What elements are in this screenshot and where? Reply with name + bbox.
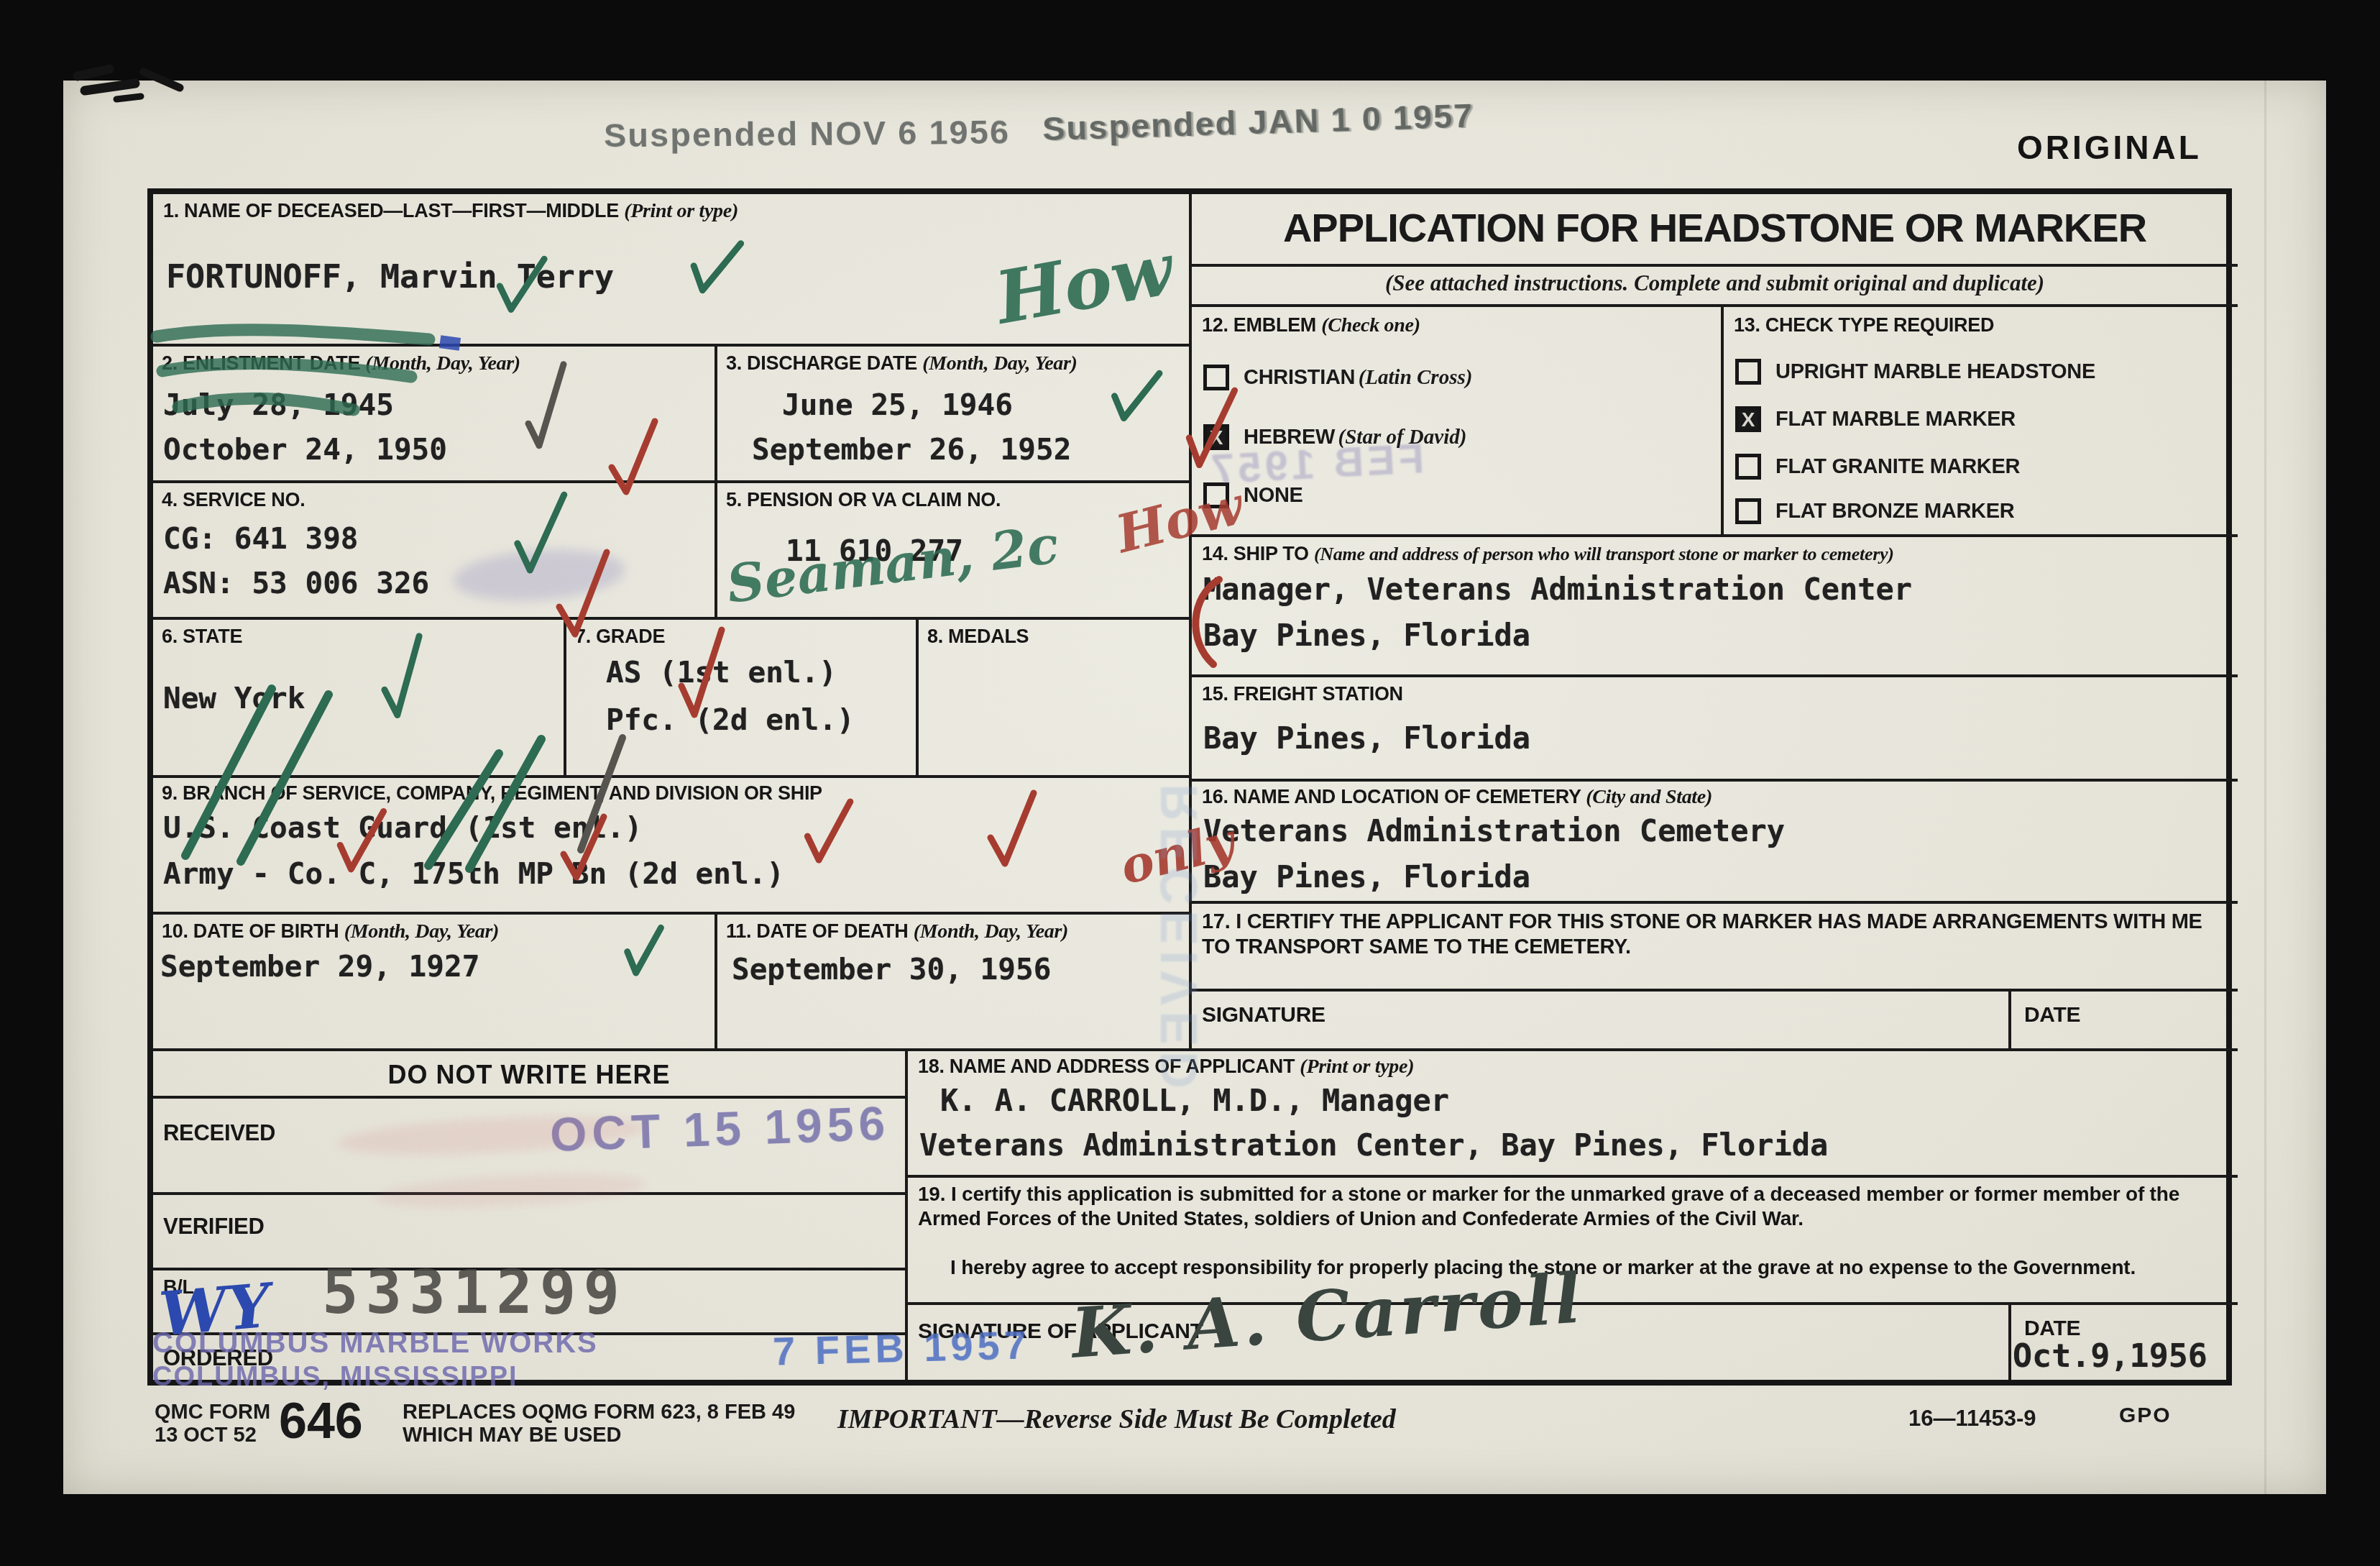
form-id-block: QMC FORM 13 OCT 52	[155, 1401, 270, 1447]
checkbox-upright-marble	[1735, 359, 1761, 385]
checkbox-flat-granite	[1735, 454, 1761, 480]
option-label: CHRISTIAN	[1244, 366, 1355, 389]
box6-label: 6. STATE	[162, 626, 242, 648]
type-option-flat-granite: FLAT GRANITE MARKER	[1735, 454, 2020, 480]
box13-label: 13. CHECK TYPE REQUIRED	[1734, 314, 1994, 336]
service-no-line1: CG: 641 398	[163, 516, 359, 561]
form-number: 646	[279, 1392, 363, 1450]
applicant-date-cell: DATE Oct.9,1956	[2011, 1305, 2238, 1380]
box-ship-to: 14. SHIP TO (Name and address of person …	[1192, 537, 2238, 677]
red-check-mark	[677, 624, 727, 721]
transport-signature-label: SIGNATURE	[1202, 1003, 1325, 1027]
received-label: RECEIVED	[163, 1120, 275, 1146]
type-option-upright-marble: UPRIGHT MARBLE HEADSTONE	[1735, 359, 2095, 385]
paper-fold-line	[2264, 81, 2266, 1494]
bleed-through-received-stamp: RECEIVED	[1150, 784, 1209, 1094]
box18-label-note: (Print or type)	[1300, 1056, 1414, 1078]
form-subtitle: (See attached instructions. Complete and…	[1192, 270, 2238, 296]
red-pen-arc	[1185, 575, 1235, 669]
freight-station-value: Bay Pines, Florida	[1203, 720, 1530, 756]
red-check-mark	[334, 802, 390, 878]
box4-label: 4. SERVICE NO.	[162, 489, 305, 511]
box-freight-station: 15. FREIGHT STATION Bay Pines, Florida	[1192, 677, 2238, 782]
form-id-line1: QMC FORM	[155, 1401, 270, 1424]
checkbox-flat-marble-checked: X	[1735, 406, 1761, 432]
red-check-mark	[607, 416, 661, 498]
emblem-option-christian: CHRISTIAN (Latin Cross)	[1203, 365, 1472, 390]
box18-label: 18. NAME AND ADDRESS OF APPLICANT	[918, 1056, 1295, 1077]
green-underline-scribble	[152, 315, 440, 423]
box3-label: 3. DISCHARGE DATE	[726, 352, 917, 374]
bl-number-stamp: 5331299	[322, 1257, 627, 1327]
green-slash-stroke	[464, 733, 550, 874]
box10-label-note: (Month, Day, Year)	[344, 920, 500, 943]
box17-label: 17. I CERTIFY THE APPLICANT FOR THIS STO…	[1202, 910, 2223, 960]
title-divider	[1192, 264, 2238, 267]
type-option-flat-bronze: FLAT BRONZE MARKER	[1735, 498, 2014, 524]
box-check-type: 13. CHECK TYPE REQUIRED UPRIGHT MARBLE H…	[1724, 307, 2238, 537]
red-check-mark	[1182, 380, 1241, 475]
ordered-vendor-stamp-line1: COLUMBUS MARBLE WORKS	[152, 1327, 598, 1360]
transport-date-label: DATE	[2024, 1003, 2080, 1027]
green-check-mark	[1106, 362, 1166, 431]
box12-label: 12. EMBLEM	[1202, 314, 1316, 336]
box-medals: 8. MEDALS	[919, 620, 1192, 778]
red-check-mark	[801, 793, 857, 869]
ship-to-line2: Bay Pines, Florida	[1203, 618, 1530, 653]
red-check-mark	[559, 811, 610, 883]
ordered-vendor-stamp-line2: COLUMBUS, MISSISSIPPI	[152, 1362, 518, 1393]
box8-label: 8. MEDALS	[927, 626, 1029, 648]
print-code: 16—11453-9	[1908, 1406, 2036, 1432]
enlistment-date-line2: October 24, 1950	[163, 427, 447, 472]
ordered-date-stamp: 7 FEB 1957	[772, 1321, 1031, 1374]
applicant-date-value: Oct.9,1956	[2013, 1337, 2207, 1375]
certification-para1: 19. I certify this application is submit…	[918, 1182, 2220, 1231]
form-id-line2: 13 OCT 52	[155, 1424, 270, 1447]
box15-label: 15. FREIGHT STATION	[1202, 683, 1403, 705]
red-check-mark	[986, 787, 1040, 870]
box14-label-note: (Name and address of person who will tra…	[1314, 544, 1894, 564]
death-date-value: September 30, 1956	[732, 952, 1051, 986]
box-service-no: 4. SERVICE NO. CG: 641 398 ASN: 53 006 3…	[153, 483, 717, 620]
box11-label-note: (Month, Day, Year)	[914, 920, 1069, 943]
box-transport-certify: 17. I CERTIFY THE APPLICANT FOR THIS STO…	[1192, 904, 2238, 1051]
box-emblem: 12. EMBLEM (Check one) CHRISTIAN (Latin …	[1192, 307, 1724, 537]
birth-date-value: September 29, 1927	[160, 949, 479, 984]
box10-label: 10. DATE OF BIRTH	[162, 920, 339, 942]
replaces-line2: WHICH MAY BE USED	[403, 1424, 795, 1447]
box14-label: 14. SHIP TO	[1202, 543, 1309, 564]
box3-label-note: (Month, Day, Year)	[922, 352, 1078, 375]
discharge-date-line1: June 25, 1946	[782, 383, 1013, 427]
discharge-date-line2: September 26, 1952	[752, 427, 1071, 472]
replaces-line1: REPLACES OQMG FORM 623, 8 FEB 49	[403, 1401, 795, 1424]
do-not-write-header: DO NOT WRITE HERE	[153, 1051, 908, 1099]
ink-scribble-marks	[72, 56, 216, 106]
option-label: FLAT GRANITE MARKER	[1775, 455, 2020, 479]
box1-label-note: (Print or type)	[624, 200, 738, 222]
ship-to-line1: Manager, Veterans Administration Center	[1203, 572, 1912, 607]
cemetery-line1: Veterans Administration Cemetery	[1203, 813, 1785, 848]
checkbox-flat-bronze	[1735, 498, 1761, 524]
scanned-form-page: Suspended NOV 6 1956 Suspended JAN 1 0 1…	[0, 0, 2380, 1566]
green-slash-stroke	[234, 689, 341, 865]
option-label: FLAT MARBLE MARKER	[1775, 408, 2016, 431]
suspended-stamp-1: Suspended NOV 6 1956	[604, 112, 1011, 155]
box1-label: 1. NAME OF DECEASED—LAST—FIRST—MIDDLE	[163, 200, 619, 221]
gray-check-mark	[523, 357, 570, 452]
form-title-box: APPLICATION FOR HEADSTONE OR MARKER (See…	[1192, 194, 2238, 307]
gpo-label: GPO	[2119, 1404, 2172, 1428]
option-label: UPRIGHT MARBLE HEADSTONE	[1775, 360, 2095, 384]
transport-signature-cell: SIGNATURE	[1192, 989, 2011, 1051]
cemetery-line2: Bay Pines, Florida	[1203, 859, 1530, 894]
verified-label: VERIFIED	[163, 1214, 265, 1240]
box5-label: 5. PENSION OR VA CLAIM NO.	[726, 489, 1001, 511]
box-applicant: 18. NAME AND ADDRESS OF APPLICANT (Print…	[908, 1051, 2238, 1178]
form-title: APPLICATION FOR HEADSTONE OR MARKER	[1192, 204, 2238, 251]
option-label: FLAT BRONZE MARKER	[1775, 500, 2014, 523]
applicant-line2: Veterans Administration Center, Bay Pine…	[919, 1127, 1828, 1163]
box12-label-note: (Check one)	[1321, 314, 1420, 336]
service-no-line2: ASN: 53 006 326	[163, 561, 429, 605]
replaces-block: REPLACES OQMG FORM 623, 8 FEB 49 WHICH M…	[403, 1401, 795, 1447]
original-label: ORIGINAL	[2017, 128, 2202, 167]
green-check-mark	[621, 920, 666, 981]
box-cemetery: 16. NAME AND LOCATION OF CEMETERY (City …	[1192, 782, 2238, 904]
blue-ink-mark	[439, 335, 461, 351]
important-note: IMPORTANT—Reverse Side Must Be Completed	[837, 1404, 1396, 1435]
option-note: (Latin Cross)	[1359, 366, 1473, 389]
green-check-mark	[377, 630, 428, 722]
red-check-mark	[555, 546, 612, 640]
green-check-mark	[492, 249, 551, 320]
do-not-write-title: DO NOT WRITE HERE	[153, 1060, 905, 1090]
grade-line2: Pfc. (2d enl.)	[606, 697, 855, 742]
box16-label-note: (City and State)	[1586, 786, 1712, 808]
transport-date-cell: DATE	[2011, 989, 2238, 1051]
box11-label: 11. DATE OF DEATH	[726, 920, 908, 942]
type-option-flat-marble: X FLAT MARBLE MARKER	[1735, 406, 2016, 432]
box16-label: 16. NAME AND LOCATION OF CEMETERY	[1202, 786, 1581, 807]
box-date-of-death: 11. DATE OF DEATH (Month, Day, Year) Sep…	[717, 915, 1192, 1051]
